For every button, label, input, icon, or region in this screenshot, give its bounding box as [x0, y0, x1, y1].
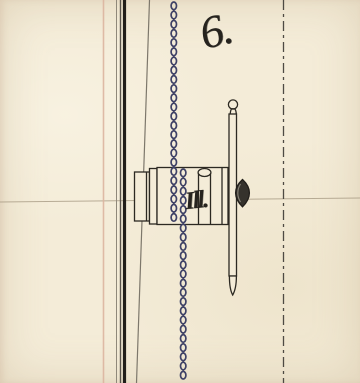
drawing-linework [0, 0, 360, 383]
drum-left-cap [135, 172, 150, 221]
lever-bottom-tip [229, 276, 236, 295]
patent-drawing-sheet: 6. Ill. [0, 0, 360, 383]
guide-cylinder-cap [198, 169, 211, 177]
drum-collar [150, 169, 158, 225]
lever-top-knob [228, 100, 237, 109]
part-label: Ill. [184, 186, 209, 216]
